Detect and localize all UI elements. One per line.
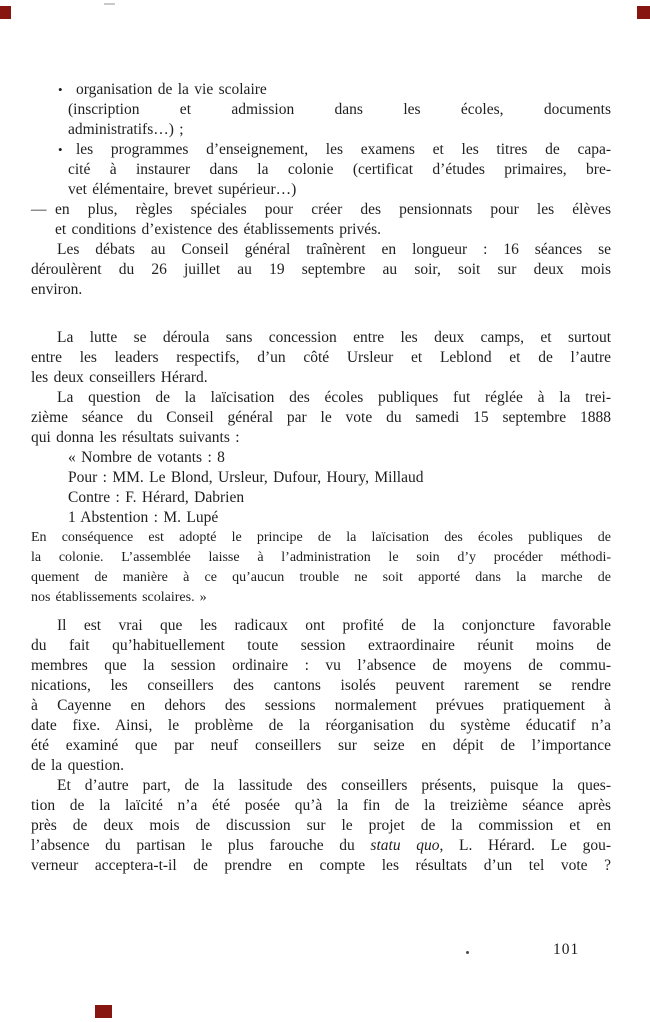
quote-vote-results: « Nombre de votants : 8Pour : MM. Le Blo… [31,448,611,528]
text-line: zième séance du Conseil général par le v… [31,408,611,428]
page-text: •organisation de la vie scolaire(inscrip… [31,80,611,876]
text-line: organisation de la vie scolaire [68,80,611,100]
text-line: entre les leaders respectifs, d’un côté … [31,348,611,368]
bullet-item-organisation: •organisation de la vie scolaire(inscrip… [31,80,611,140]
text-line: (inscription et admission dans les école… [68,100,611,120]
text-line: la colonie. L’assemblée laisse à l’admin… [31,548,611,568]
text-line: les deux conseillers Hérard. [31,368,611,388]
text-line: Les débats au Conseil général traînèrent… [31,240,611,260]
text-line: verneur acceptera-t-il de prendre en com… [31,856,611,876]
scan-speck [466,951,469,954]
bullet-icon: • [58,80,63,100]
scan-mark-top-left [0,6,11,19]
text-line: environ. [31,280,611,300]
paragraph-debats: Les débats au Conseil général traînèrent… [31,240,611,300]
text-segment: , L. Hérard. Le gou- [439,837,611,854]
bullet-item-programmes: •les programmes d’enseignement, les exam… [31,140,611,200]
text-line: déroulèrent du 26 juillet au 19 septembr… [31,260,611,280]
text-line: qui donna les résultats suivants : [31,428,611,448]
text-line: été examiné que par neuf conseillers sur… [31,736,611,756]
dash-item-pensionnats: —en plus, règles spéciales pour créer de… [31,200,611,240]
text-line: administratifs…) ; [68,120,611,140]
text-line: vet élémentaire, brevet supérieur…) [68,180,611,200]
text-line: et conditions d’existence des établissem… [55,220,611,240]
scan-speck [104,3,115,5]
text-line: Il est vrai que les radicaux ont profité… [31,616,611,636]
text-line: en plus, règles spéciales pour créer des… [55,200,611,220]
paragraph-lutte: La lutte se déroula sans concession entr… [31,328,611,388]
text-line: de la question. [31,756,611,776]
text-line: Contre : F. Hérard, Dabrien [68,488,611,508]
italic-text: statu quo [370,837,439,854]
text-line: En conséquence est adopté le principe de… [31,528,611,548]
page-number: 101 [553,941,579,959]
text-line: nos établissements scolaires. » [31,588,611,608]
text-line: date fixe. Ainsi, le problème de la réor… [31,716,611,736]
text-line: cité à instaurer dans la colonie (certif… [68,160,611,180]
paragraph-lassitude: Et d’autre part, de la lassitude des con… [31,776,611,876]
text-line: Pour : MM. Le Blond, Ursleur, Dufour, Ho… [68,468,611,488]
text-line: quement de manière à ce qu’aucun trouble… [31,568,611,588]
scan-mark-bottom [95,1005,112,1018]
text-line: membres que la session ordinaire : vu l’… [31,656,611,676]
text-line: du fait qu’habituellement toute session … [31,636,611,656]
text-line: tion de la laïcité n’a été posée qu’à la… [31,796,611,816]
bullet-icon: • [58,140,63,160]
text-line: La lutte se déroula sans concession entr… [31,328,611,348]
text-line: près de deux mois de discussion sur le p… [31,816,611,836]
text-line: à Cayenne en dehors des sessions normale… [31,696,611,716]
paragraph-question-laicisation: La question de la laïcisation des écoles… [31,388,611,448]
text-segment: l’absence du partisan le plus farouche d… [31,837,370,854]
text-line: 1 Abstention : M. Lupé [68,508,611,528]
scan-mark-top-right [637,6,650,19]
dash-icon: — [31,200,47,220]
text-line: Et d’autre part, de la lassitude des con… [31,776,611,796]
text-line: les programmes d’enseignement, les exame… [68,140,611,160]
text-line: l’absence du partisan le plus farouche d… [31,836,611,856]
text-line: La question de la laïcisation des écoles… [31,388,611,408]
paragraph-radicaux: Il est vrai que les radicaux ont profité… [31,616,611,776]
text-line: nications, les conseillers des cantons i… [31,676,611,696]
book-page: •organisation de la vie scolaire(inscrip… [0,0,650,1022]
quote-consequence: En conséquence est adopté le principe de… [31,528,611,608]
text-line: « Nombre de votants : 8 [68,448,611,468]
